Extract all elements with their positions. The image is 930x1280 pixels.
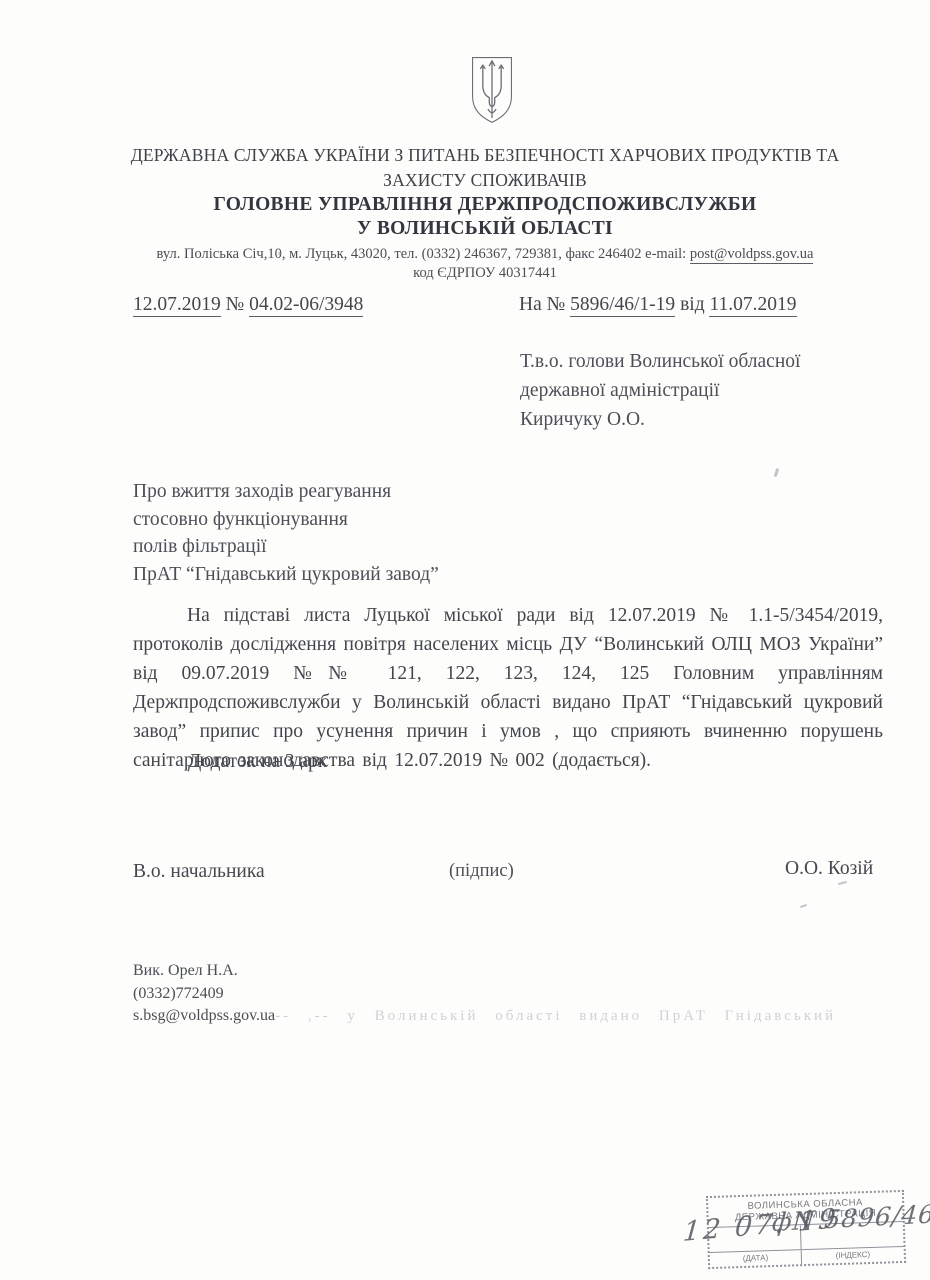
- subject-line: Про вжиття заходів реагування: [133, 478, 439, 506]
- subject-line: ПрАТ “Гнідавський цукровий завод”: [133, 561, 439, 589]
- org-name-line2: У ВОЛИНСЬКІЙ ОБЛАСТІ: [55, 217, 915, 241]
- signer-name: О.О. Козій: [785, 858, 873, 880]
- outgoing-reference: 12.07.2019 № 04.02-06/3948: [133, 294, 363, 316]
- recipient-line: Киричуку О.О.: [520, 405, 800, 434]
- signer-position: В.о. начальника: [133, 861, 265, 883]
- executor-email: s.bsg@voldpss.gov.ua: [133, 1007, 275, 1024]
- recipient-block: Т.в.о. голови Волинської обласної держав…: [520, 347, 800, 434]
- stamp-index-label: (ІНДЕКС): [802, 1247, 904, 1264]
- executor-block: Вик. Орел Н.А. (0332)772409 s.bsg@voldps…: [133, 960, 836, 1028]
- recipient-line: державної адміністрації: [520, 376, 800, 405]
- executor-name: Вик. Орел Н.А.: [133, 960, 836, 983]
- executor-email-line: s.bsg@voldpss.gov.ua-- ,-- у Волинській …: [133, 1005, 836, 1028]
- email-text: post@voldpss.gov.ua: [690, 246, 814, 264]
- vid-label: від: [680, 294, 705, 315]
- scan-speck: [838, 881, 847, 885]
- address-text: вул. Поліська Січ,10, м. Луцьк, 43020, т…: [157, 246, 687, 262]
- scan-speck: [278, 252, 281, 255]
- subject-line: стосовно функціонування: [133, 506, 439, 534]
- signature-placeholder: (підпис): [449, 861, 514, 882]
- outgoing-date: 12.07.2019: [133, 294, 221, 317]
- recipient-line: Т.в.о. голови Волинської обласної: [520, 347, 800, 376]
- subject-line: полів фільтрації: [133, 533, 439, 561]
- incoming-number: 5896/46/1-19: [570, 294, 675, 317]
- outgoing-number: 04.02-06/3948: [249, 294, 363, 317]
- incoming-date: 11.07.2019: [709, 294, 796, 317]
- edrpou-code: код ЄДРПОУ 40317441: [55, 264, 915, 283]
- service-name-line2: ЗАХИСТУ СПОЖИВАЧІВ: [55, 168, 915, 193]
- incoming-label: На №: [519, 294, 565, 315]
- ukraine-trident-emblem: [465, 52, 519, 128]
- attachment-note: Додаток на 3 арк: [188, 751, 327, 773]
- letterhead: ДЕРЖАВНА СЛУЖБА УКРАЇНИ З ПИТАНЬ БЕЗПЕЧН…: [55, 143, 915, 283]
- body-paragraph: На підставі листа Луцької міської ради в…: [133, 601, 883, 775]
- service-name-line1: ДЕРЖАВНА СЛУЖБА УКРАЇНИ З ПИТАНЬ БЕЗПЕЧН…: [55, 143, 915, 168]
- org-address-line: вул. Поліська Січ,10, м. Луцьк, 43020, т…: [55, 245, 915, 264]
- scan-bleed-through-text: -- ,-- у Волинській області видано ПрАТ …: [275, 1008, 836, 1024]
- scan-speck: [774, 468, 780, 477]
- number-sign: №: [226, 294, 245, 315]
- org-name-line1: ГОЛОВНЕ УПРАВЛІННЯ ДЕРЖПРОДСПОЖИВСЛУЖБИ: [55, 193, 915, 217]
- stamp-date-label: (ДАТА): [710, 1250, 803, 1267]
- scanned-letter-page: ДЕРЖАВНА СЛУЖБА УКРАЇНИ З ПИТАНЬ БЕЗПЕЧН…: [0, 0, 930, 1280]
- incoming-reference: На № 5896/46/1-19 від 11.07.2019: [519, 294, 797, 316]
- scan-speck: [800, 904, 807, 908]
- subject-block: Про вжиття заходів реагування стосовно ф…: [133, 478, 439, 588]
- executor-phone: (0332)772409: [133, 983, 836, 1006]
